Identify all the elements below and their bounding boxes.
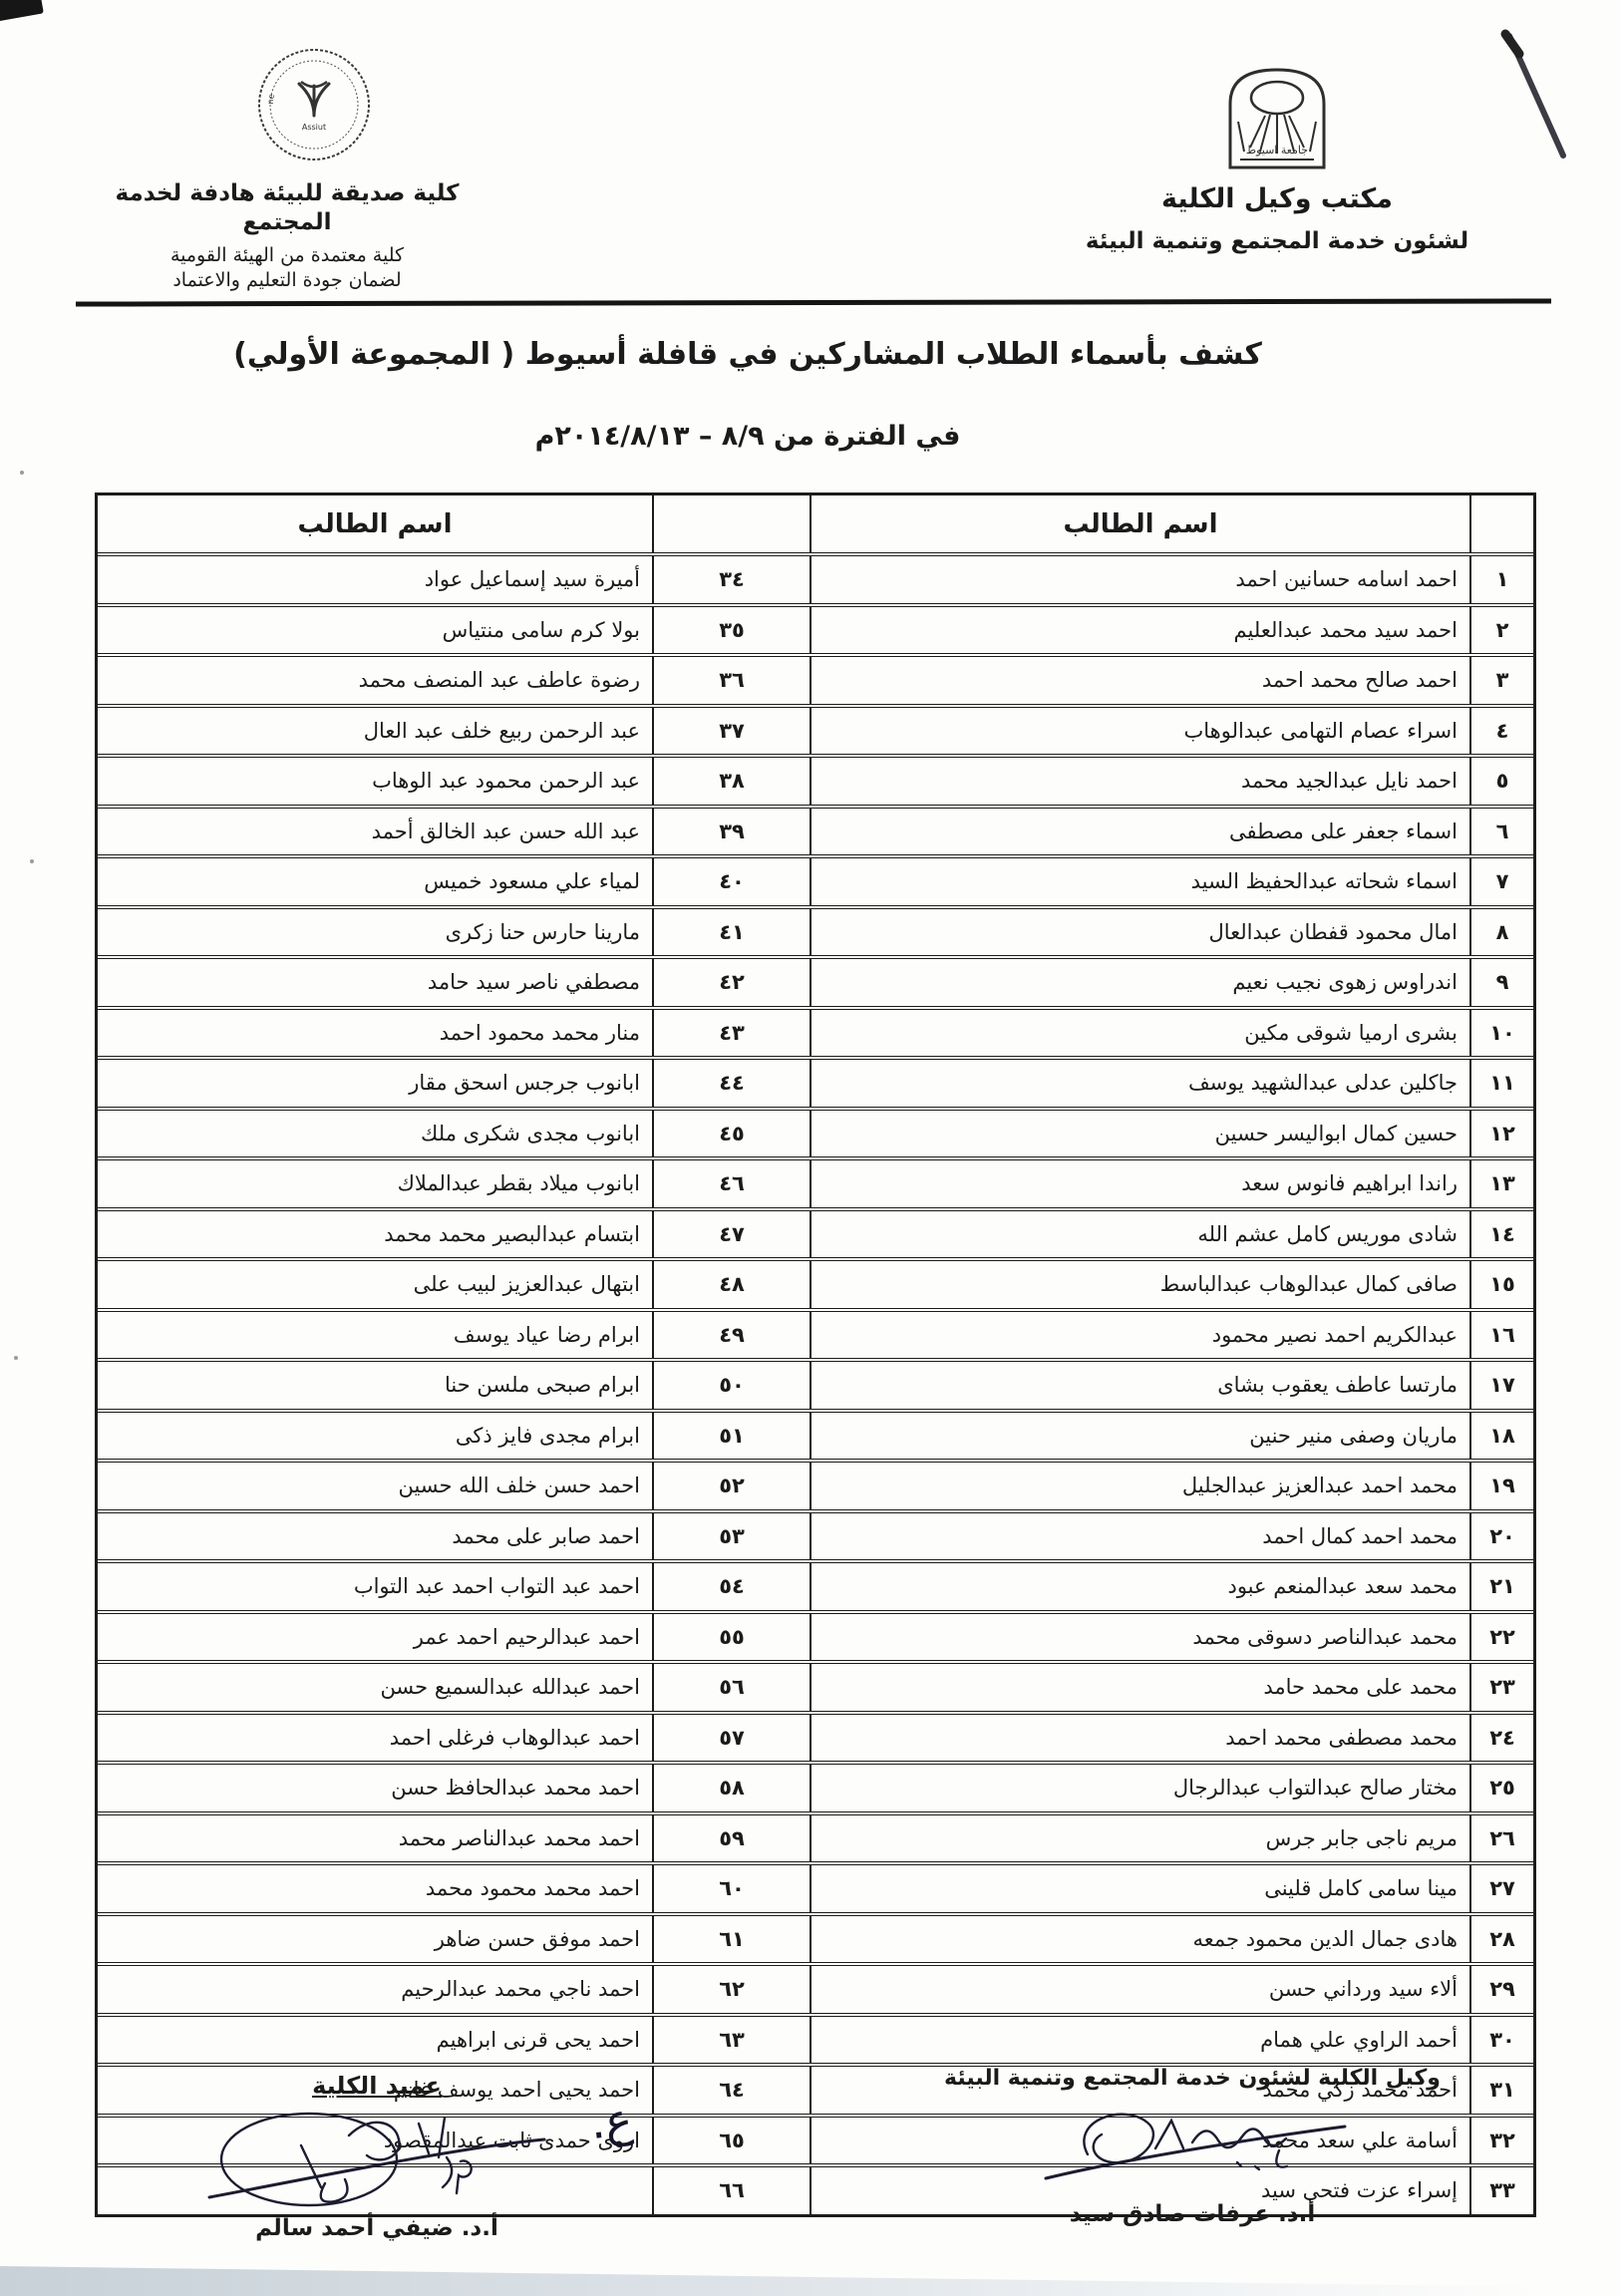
vice-dean-signature-block: وكيل الكلية لشئون خدمة المجتمع وتنمية ال…: [869, 2066, 1515, 2227]
scan-speck: [30, 859, 34, 863]
serial-cell: ١٨: [1469, 1413, 1533, 1460]
table-row: ١٩محمد احمد عبدالعزيز عبدالجليل٥٢احمد حس…: [98, 1463, 1533, 1513]
dean-signature-block: عميد الكلية أ.د. ضيفي أحمد سالم: [118, 2072, 636, 2241]
student-name-cell: أحمد الراوي علي همام: [810, 2017, 1469, 2064]
serial-cell: ١١: [1469, 1060, 1533, 1107]
serial-cell: ٦٦: [652, 2167, 810, 2214]
student-name-cell: محمد عبدالناصر دسوقى محمد: [810, 1614, 1469, 1661]
serial-cell: ٥٩: [652, 1815, 810, 1862]
table-row: ١٢حسين كمال ابواليسر حسين٤٥ابانوب مجدى ش…: [98, 1111, 1533, 1161]
table-row: ٢٧مينا سامى كامل قلينى٦٠احمد محمد محمود …: [98, 1865, 1533, 1916]
table-header-row: اسم الطالب اسم الطالب: [98, 495, 1533, 556]
student-name-cell: احمد عبدالوهاب فرغلى احمد: [98, 1715, 652, 1762]
serial-cell: ٢٨: [1469, 1916, 1533, 1963]
faculty-slogan-block: كلية صديقة للبيئة هادفة لخدمة المجتمع كل…: [88, 179, 486, 293]
student-name-cell: ابانوب مجدى شكرى ملك: [98, 1111, 652, 1157]
student-name-cell: محمد على محمد حامد: [810, 1664, 1469, 1711]
serial-cell: ٣٧: [652, 708, 810, 755]
student-name-cell: ألاء سيد ورداني حسن: [810, 1966, 1469, 2013]
serial-cell: ٥: [1469, 758, 1533, 805]
serial-cell: ٢٧: [1469, 1865, 1533, 1912]
serial-cell: ٢٣: [1469, 1664, 1533, 1711]
table-body: ١احمد اسامه حسانين احمد٣٤أميرة سيد إسماع…: [98, 556, 1533, 2214]
student-name-cell: اسماء جعفر على مصطفى: [810, 809, 1469, 855]
student-name-cell: احمد اسامه حسانين احمد: [810, 556, 1469, 603]
student-name-cell: مارتسا عاطف يعقوب بشاى: [810, 1362, 1469, 1409]
student-name-cell: ابتهال عبدالعزيز لبيب على: [98, 1261, 652, 1308]
serial-cell: ٩: [1469, 959, 1533, 1006]
student-name-cell: احمد نايل عبدالجيد محمد: [810, 758, 1469, 805]
student-name-cell: مارينا حارس حنا زكرى: [98, 909, 652, 956]
serial-cell: ١٦: [1469, 1312, 1533, 1359]
table-row: ١٨ماريان وصفى منير حنين٥١ابرام مجدى فايز…: [98, 1413, 1533, 1464]
student-name-cell: احمد عبدالله عبدالسميع حسن: [98, 1664, 652, 1711]
student-name-cell: حسين كمال ابواليسر حسين: [810, 1111, 1469, 1157]
student-name-cell: صافى كمال عبدالوهاب عبدالباسط: [810, 1261, 1469, 1308]
table-row: ١٠بشرى ارميا شوقى مكين٤٣منار محمد محمود …: [98, 1010, 1533, 1061]
handwritten-annotation: ع.: [587, 2092, 634, 2149]
table-row: ١٧مارتسا عاطف يعقوب بشاى٥٠ابرام صبحى ملس…: [98, 1362, 1533, 1413]
student-name-cell: عبد الله حسن عبد الخالق أحمد: [98, 809, 652, 855]
seal-center-text: Assiut: [302, 123, 326, 132]
student-name-cell: عبدالكريم احمد نصير محمود: [810, 1312, 1469, 1359]
serial-cell: ٦٢: [652, 1966, 810, 2013]
student-name-cell: احمد صالح محمد احمد: [810, 657, 1469, 704]
vice-dean-name: أ.د. عرفات صادق سيد: [869, 2201, 1515, 2227]
scan-corner-mark: [0, 0, 44, 22]
student-name-cell: رضوة عاطف عبد المنصف محمد: [98, 657, 652, 704]
serial-cell: ٧: [1469, 858, 1533, 905]
assiut-university-logo: جامعة اسيوط: [1220, 62, 1334, 175]
serial-cell: ١٣: [1469, 1160, 1533, 1207]
student-name-cell: شادى موريس كامل عشم الله: [810, 1211, 1469, 1258]
student-name-cell: احمد سيد محمد عبدالعليم: [810, 607, 1469, 654]
seal-arc-text-top: Faculty of Veterinary Medicine: [255, 46, 276, 105]
table-row: ١٤شادى موريس كامل عشم الله٤٧ابتسام عبدال…: [98, 1211, 1533, 1262]
student-name-header-right: اسم الطالب: [810, 495, 1469, 552]
table-row: ٢١محمد سعد عبدالمنعم عبود٥٤احمد عبد التو…: [98, 1563, 1533, 1614]
student-name-cell: ابرام صبحى ملسن حنا: [98, 1362, 652, 1409]
serial-cell: ٣: [1469, 657, 1533, 704]
student-name-cell: هادى جمال الدين محمود جمعه: [810, 1916, 1469, 1963]
student-name-cell: محمد مصطفى محمد احمد: [810, 1715, 1469, 1762]
scan-speck: [20, 471, 24, 475]
student-name-cell: احمد حسن خلف الله حسين: [98, 1463, 652, 1509]
table-row: ٨امال محمود قفطان عبدالعال٤١مارينا حارس …: [98, 909, 1533, 960]
serial-cell: ٤٦: [652, 1160, 810, 1207]
student-name-cell: محمد احمد عبدالعزيز عبدالجليل: [810, 1463, 1469, 1509]
serial-cell: ٥٢: [652, 1463, 810, 1509]
office-line1: مكتب وكيل الكلية: [1053, 183, 1501, 214]
faculty-seal-logo: Faculty of Veterinary Medicine Assiut: [255, 46, 373, 164]
serial-cell: ٣٠: [1469, 2017, 1533, 2064]
serial-cell: ٦١: [652, 1916, 810, 1963]
student-name-cell: ابرام مجدى فايز ذكى: [98, 1413, 652, 1460]
student-name-cell: احمد صابر على محمد: [98, 1513, 652, 1560]
student-name-cell: لمياء علي مسعود خميس: [98, 858, 652, 905]
table-row: ٢٩ألاء سيد ورداني حسن٦٢احمد ناجي محمد عب…: [98, 1966, 1533, 2017]
header-divider-rule: [76, 298, 1551, 306]
table-row: ٢٤محمد مصطفى محمد احمد٥٧احمد عبدالوهاب ف…: [98, 1715, 1533, 1766]
student-name-cell: ابتسام عبدالبصير محمد محمد: [98, 1211, 652, 1258]
serial-cell: ٤٠: [652, 858, 810, 905]
vice-dean-signature: [1028, 2093, 1357, 2197]
serial-cell: ١٤: [1469, 1211, 1533, 1258]
serial-cell: ٤٤: [652, 1060, 810, 1107]
table-row: ١٥صافى كمال عبدالوهاب عبدالباسط٤٨ابتهال …: [98, 1261, 1533, 1312]
pen-stroke-mark: [1481, 28, 1591, 177]
table-row: ٣احمد صالح محمد احمد٣٦رضوة عاطف عبد المن…: [98, 657, 1533, 708]
table-row: ٩اندراوس زهوى نجيب نعيم٤٢مصطفي ناصر سيد …: [98, 959, 1533, 1010]
table-row: ١٣راندا ابراهيم فانوس سعد٤٦ابانوب ميلاد …: [98, 1160, 1533, 1211]
serial-cell: ٤١: [652, 909, 810, 956]
serial-cell: ٢٢: [1469, 1614, 1533, 1661]
student-name-cell: مريم ناجى جابر جرس: [810, 1815, 1469, 1862]
serial-cell: ٣٩: [652, 809, 810, 855]
serial-cell: ٥٠: [652, 1362, 810, 1409]
table-row: ٧اسماء شحاته عبدالحفيظ السيد٤٠لمياء علي …: [98, 858, 1533, 909]
serial-header-left: [652, 495, 810, 552]
serial-cell: ٥٧: [652, 1715, 810, 1762]
student-name-cell: ابانوب جرجس اسحق مقار: [98, 1060, 652, 1107]
table-row: ٢٥مختار صالح عبدالتواب عبدالرجال٥٨احمد م…: [98, 1765, 1533, 1815]
serial-cell: ٢٥: [1469, 1765, 1533, 1811]
serial-cell: ٤٧: [652, 1211, 810, 1258]
faculty-slogan-main: كلية صديقة للبيئة هادفة لخدمة المجتمع: [88, 179, 486, 237]
serial-cell: ٥١: [652, 1413, 810, 1460]
student-name-cell: بولا كرم سامى منتياس: [98, 607, 652, 654]
emblem-university-text: جامعة اسيوط: [1246, 144, 1308, 157]
student-name-cell: مينا سامى كامل قلينى: [810, 1865, 1469, 1912]
student-name-cell: اسماء شحاته عبدالحفيظ السيد: [810, 858, 1469, 905]
table-row: ٢احمد سيد محمد عبدالعليم٣٥بولا كرم سامى …: [98, 607, 1533, 658]
student-name-cell: احمد ناجي محمد عبدالرحيم: [98, 1966, 652, 2013]
vice-dean-title: وكيل الكلية لشئون خدمة المجتمع وتنمية ال…: [869, 2066, 1515, 2091]
serial-header-right: [1469, 495, 1533, 552]
serial-cell: ٦: [1469, 809, 1533, 855]
table-row: ٢٣محمد على محمد حامد٥٦احمد عبدالله عبدال…: [98, 1664, 1533, 1715]
serial-cell: ٢٩: [1469, 1966, 1533, 2013]
student-name-cell: أميرة سيد إسماعيل عواد: [98, 556, 652, 603]
student-name-cell: احمد يحى قرنى ابراهيم: [98, 2017, 652, 2064]
dean-title: عميد الكلية: [118, 2072, 636, 2100]
serial-cell: ٢٦: [1469, 1815, 1533, 1862]
serial-cell: ١: [1469, 556, 1533, 603]
table-row: ١١جاكلين عدلى عبدالشهيد يوسف٤٤ابانوب جرج…: [98, 1060, 1533, 1111]
faculty-accreditation-line2: لضمان جودة التعليم والاعتماد: [88, 268, 486, 293]
table-row: ٢٠محمد احمد كمال احمد٥٣احمد صابر على محم…: [98, 1513, 1533, 1564]
serial-cell: ١٥: [1469, 1261, 1533, 1308]
student-name-cell: احمد محمد عبدالحافظ حسن: [98, 1765, 652, 1811]
serial-cell: ٢١: [1469, 1563, 1533, 1610]
serial-cell: ٣٥: [652, 607, 810, 654]
student-name-cell: بشرى ارميا شوقى مكين: [810, 1010, 1469, 1057]
serial-cell: ٢٠: [1469, 1513, 1533, 1560]
serial-cell: ١٧: [1469, 1362, 1533, 1409]
student-name-cell: امال محمود قفطان عبدالعال: [810, 909, 1469, 956]
office-line2: لشئون خدمة المجتمع وتنمية البيئة: [1053, 228, 1501, 254]
serial-cell: ٤٩: [652, 1312, 810, 1359]
student-name-cell: منار محمد محمود احمد: [98, 1010, 652, 1057]
student-name-cell: عبد الرحمن ربيع خلف عبد العال: [98, 708, 652, 755]
student-name-cell: عبد الرحمن محمود عبد الوهاب: [98, 758, 652, 805]
table-row: ١احمد اسامه حسانين احمد٣٤أميرة سيد إسماع…: [98, 556, 1533, 607]
student-name-cell: مصطفي ناصر سيد حامد: [98, 959, 652, 1006]
student-name-cell: محمد سعد عبدالمنعم عبود: [810, 1563, 1469, 1610]
table-row: ٢٨هادى جمال الدين محمود جمعه٦١احمد موفق …: [98, 1916, 1533, 1967]
student-name-cell: احمد عبد التواب احمد عبد التواب: [98, 1563, 652, 1610]
student-name-cell: اسراء عصام التهامى عبدالوهاب: [810, 708, 1469, 755]
dean-signature: [197, 2102, 556, 2213]
student-name-header-left: اسم الطالب: [98, 495, 652, 552]
serial-cell: ٣٤: [652, 556, 810, 603]
students-roster-table: اسم الطالب اسم الطالب ١احمد اسامه حسانين…: [95, 492, 1536, 2217]
svg-text:Faculty of Veterinary Medicine: Faculty of Veterinary Medicine: [255, 46, 276, 105]
serial-cell: ٦٣: [652, 2017, 810, 2064]
serial-cell: ٤٣: [652, 1010, 810, 1057]
serial-cell: ٤٨: [652, 1261, 810, 1308]
office-title-block: مكتب وكيل الكلية لشئون خدمة المجتمع وتنم…: [1053, 183, 1501, 254]
faculty-accreditation-line1: كلية معتمدة من الهيئة القومية: [88, 243, 486, 268]
serial-cell: ١٩: [1469, 1463, 1533, 1509]
table-row: ٥احمد نايل عبدالجيد محمد٣٨عبد الرحمن محم…: [98, 758, 1533, 809]
student-name-cell: ابانوب ميلاد بقطر عبدالملاك: [98, 1160, 652, 1207]
serial-cell: ٨: [1469, 909, 1533, 956]
student-name-cell: ماريان وصفى منير حنين: [810, 1413, 1469, 1460]
serial-cell: ٦٥: [652, 2118, 810, 2164]
student-name-cell: جاكلين عدلى عبدالشهيد يوسف: [810, 1060, 1469, 1107]
student-name-cell: احمد موفق حسن ضاهر: [98, 1916, 652, 1963]
table-row: ١٦عبدالكريم احمد نصير محمود٤٩ابرام رضا ع…: [98, 1312, 1533, 1363]
dean-name: أ.د. ضيفي أحمد سالم: [118, 2215, 636, 2241]
student-name-cell: احمد محمد محمود محمد: [98, 1865, 652, 1912]
document-title: كشف بأسماء الطلاب المشاركين في قافلة أسي…: [0, 337, 1495, 372]
serial-cell: ٦٠: [652, 1865, 810, 1912]
serial-cell: ٥٤: [652, 1563, 810, 1610]
table-row: ٣٠أحمد الراوي علي همام٦٣احمد يحى قرنى اب…: [98, 2017, 1533, 2068]
serial-cell: ٤٥: [652, 1111, 810, 1157]
document-date-line: في الفترة من ٨/٩ – ٢٠١٤/٨/١٣م: [0, 421, 1495, 452]
student-name-cell: ابرام رضا عياد يوسف: [98, 1312, 652, 1359]
student-name-cell: محمد احمد كمال احمد: [810, 1513, 1469, 1560]
scan-speck: [14, 1356, 18, 1360]
table-row: ٦اسماء جعفر على مصطفى٣٩عبد الله حسن عبد …: [98, 809, 1533, 859]
serial-cell: ٦٤: [652, 2067, 810, 2114]
serial-cell: ٤: [1469, 708, 1533, 755]
table-row: ٢٢محمد عبدالناصر دسوقى محمد٥٥احمد عبدالر…: [98, 1614, 1533, 1665]
serial-cell: ٥٣: [652, 1513, 810, 1560]
student-name-cell: راندا ابراهيم فانوس سعد: [810, 1160, 1469, 1207]
student-name-cell: اندراوس زهوى نجيب نعيم: [810, 959, 1469, 1006]
serial-cell: ٥٨: [652, 1765, 810, 1811]
serial-cell: ٣٨: [652, 758, 810, 805]
table-row: ٤اسراء عصام التهامى عبدالوهاب٣٧عبد الرحم…: [98, 708, 1533, 759]
student-name-cell: احمد عبدالرحيم احمد عمر: [98, 1614, 652, 1661]
serial-cell: ١٠: [1469, 1010, 1533, 1057]
scan-edge-shadow: [0, 2256, 1621, 2296]
table-row: ٢٦مريم ناجى جابر جرس٥٩احمد محمد عبدالناص…: [98, 1815, 1533, 1866]
serial-cell: ٢٤: [1469, 1715, 1533, 1762]
serial-cell: ٢: [1469, 607, 1533, 654]
serial-cell: ٣٦: [652, 657, 810, 704]
serial-cell: ٤٢: [652, 959, 810, 1006]
scanned-document-page: Faculty of Veterinary Medicine Assiut كل…: [0, 0, 1621, 2296]
serial-cell: ٥٥: [652, 1614, 810, 1661]
serial-cell: ٥٦: [652, 1664, 810, 1711]
student-name-cell: احمد محمد عبدالناصر محمد: [98, 1815, 652, 1862]
serial-cell: ١٢: [1469, 1111, 1533, 1157]
student-name-cell: مختار صالح عبدالتواب عبدالرجال: [810, 1765, 1469, 1811]
